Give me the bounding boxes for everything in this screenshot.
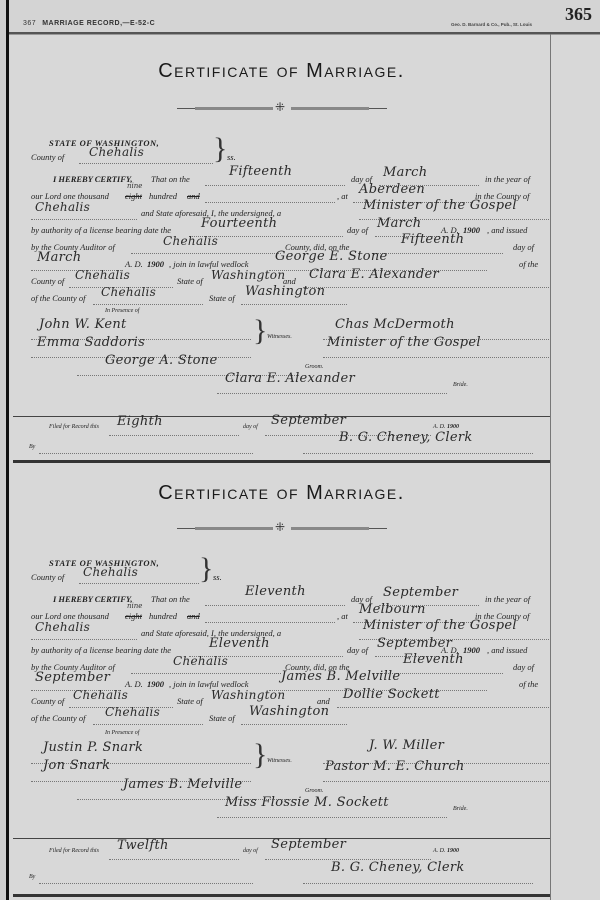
ornament-divider: ⁜ — [177, 524, 387, 534]
at-label: , at — [337, 611, 348, 621]
ornament-star-icon: ⁜ — [275, 100, 285, 115]
license-year-value: 1900 — [463, 645, 480, 655]
county-label: County of — [31, 572, 64, 582]
ornament-divider: ⁜ — [177, 104, 387, 114]
officiant-title-value: Minister of the Gospel — [363, 198, 517, 213]
issued-label: , and issued — [487, 225, 527, 235]
ss-label: ss. — [227, 152, 236, 162]
page-number: 365 — [565, 4, 592, 25]
bride-state-label: State of — [209, 293, 235, 303]
place-county-value: Chehalis — [35, 200, 90, 214]
groom-county-value: Chehalis — [73, 688, 128, 702]
brace: } — [213, 134, 227, 164]
and-struck: and — [187, 191, 200, 201]
wedding-month-value: September — [35, 670, 110, 685]
witness-2-value: Jon Snark — [43, 758, 110, 773]
filed-month-value: September — [271, 837, 346, 852]
certify-day-value: Eleventh — [245, 584, 306, 599]
bride-name-value: Clara E. Alexander — [309, 267, 439, 282]
folio-number: 367 — [23, 20, 36, 27]
witness-brace: } — [253, 316, 267, 346]
groom-name-value: James B. Melville — [281, 669, 400, 684]
day-of-label-2: day of — [347, 225, 368, 235]
license-month-value: March — [377, 216, 421, 231]
ss-label: ss. — [213, 572, 222, 582]
authority-label: by authority of a license bearing date t… — [31, 225, 171, 235]
groom-state-value: Washington — [211, 688, 285, 702]
day-of-label-3: day of — [513, 662, 534, 672]
in-presence-label: In Presence of — [105, 730, 139, 736]
witnesses-label: Witnesses. — [267, 334, 292, 340]
certify-day-value: Fifteenth — [229, 164, 292, 179]
filed-day-value: Twelfth — [117, 838, 169, 853]
eight-struck: eight — [125, 191, 142, 201]
bride-county-label: of the County of — [31, 713, 86, 723]
witness-2-value: Emma Saddoris — [37, 335, 145, 350]
bride-state-label: State of — [209, 713, 235, 723]
bride-county-value: Chehalis — [105, 705, 160, 719]
officiant-signature-value: J. W. Miller — [369, 738, 444, 753]
place-county-value: Chehalis — [35, 620, 90, 634]
groom-signature-value: George A. Stone — [105, 353, 217, 368]
century-correction: nine — [127, 182, 142, 190]
filed-ad-label: A. D. — [433, 848, 446, 854]
by-label: By — [29, 874, 35, 880]
groom-state-label: State of — [177, 276, 203, 286]
groom-county-value: Chehalis — [75, 268, 130, 282]
county-value: Chehalis — [83, 565, 138, 579]
that-on-label: That on the — [151, 174, 190, 184]
place-value: Aberdeen — [359, 182, 425, 197]
bride-label: Bride. — [453, 806, 468, 812]
license-day-value: Eleventh — [209, 636, 270, 651]
of-the-label: of the — [519, 679, 538, 689]
wedding-day-value: Fifteenth — [401, 232, 464, 247]
witness-1-value: John W. Kent — [39, 317, 127, 332]
that-on-label: That on the — [151, 594, 190, 604]
eight-struck: eight — [125, 611, 142, 621]
bride-county-label: of the County of — [31, 293, 86, 303]
year-field — [205, 189, 335, 203]
certificate-end-rule — [13, 460, 550, 463]
day-of-label-3: day of — [513, 242, 534, 252]
book-title-text: MARRIAGE RECORD,—E-52-C — [42, 20, 155, 27]
filed-day-value: Eighth — [117, 414, 163, 429]
groom-label: Groom. — [305, 364, 323, 370]
bride-county-value: Chehalis — [101, 285, 156, 299]
in-presence-label: In Presence of — [105, 308, 139, 314]
issued-label: , and issued — [487, 645, 527, 655]
filed-label: Filed for Record this — [49, 848, 99, 854]
auditor-county-value: Chehalis — [173, 654, 228, 668]
clerk-signature-value: B. G. Cheney, Clerk — [331, 860, 465, 875]
officiant-title-sig-value: Minister of the Gospel — [327, 335, 481, 350]
certificate-2: Certificate of Marriage. ⁜ STATE OF WASH… — [13, 464, 550, 900]
brace: } — [199, 554, 213, 584]
by-field — [39, 440, 253, 454]
certify-label: I HEREBY CERTIFY, — [53, 594, 132, 604]
hundred-label: hundred — [149, 191, 177, 201]
license-year-value: 1900 — [463, 225, 480, 235]
and-struck: and — [187, 611, 200, 621]
officiant-title-value: Minister of the Gospel — [363, 618, 517, 633]
license-day-value: Fourteenth — [201, 216, 277, 231]
margin-rule — [550, 34, 551, 900]
ornament-star-icon: ⁜ — [275, 520, 285, 535]
certificate-title: Certificate of Marriage. — [13, 482, 550, 505]
filed-day-of-label: day of — [243, 848, 258, 854]
authority-label: by authority of a license bearing date t… — [31, 645, 171, 655]
century-correction: nine — [127, 602, 142, 610]
wedding-day-value: Eleventh — [403, 652, 464, 667]
wedding-month-value: March — [37, 250, 81, 265]
by-field — [39, 870, 253, 884]
groom-label: Groom. — [305, 788, 323, 794]
page-header: 367MARRIAGE RECORD,—E-52-C Geo. D. Barna… — [9, 0, 600, 34]
officiant-signature-value: Chas McDermoth — [335, 317, 455, 332]
officiant-title-sig-value: Pastor M. E. Church — [325, 759, 465, 774]
bride-name-value: Dollie Sockett — [343, 687, 440, 702]
groom-name-value: George E. Stone — [275, 249, 388, 264]
year-field — [205, 609, 335, 623]
certificate-title: Certificate of Marriage. — [13, 60, 550, 83]
witness-1-value: Justin P. Snark — [43, 740, 143, 755]
clerk-signature-value: B. G. Cheney, Clerk — [339, 430, 473, 445]
ledger-page: 367MARRIAGE RECORD,—E-52-C Geo. D. Barna… — [6, 0, 600, 900]
auditor-county-value: Chehalis — [163, 234, 218, 248]
certify-month-value: March — [383, 165, 427, 180]
witnesses-label: Witnesses. — [267, 758, 292, 764]
day-of-label-2: day of — [347, 645, 368, 655]
bride-label: Bride. — [453, 382, 468, 388]
bride-state-value: Washington — [249, 704, 329, 719]
county-value: Chehalis — [89, 145, 144, 159]
groom-county-label: County of — [31, 696, 64, 706]
county-label: County of — [31, 152, 64, 162]
certify-month-value: September — [383, 585, 458, 600]
book-title: 367MARRIAGE RECORD,—E-52-C — [23, 20, 155, 27]
at-label: , at — [337, 191, 348, 201]
year-of-label: in the year of — [485, 174, 530, 184]
groom-county-label: County of — [31, 276, 64, 286]
filed-label: Filed for Record this — [49, 424, 99, 430]
certify-label: I HEREBY CERTIFY, — [53, 174, 132, 184]
witness-brace: } — [253, 740, 267, 770]
filed-day-of-label: day of — [243, 424, 258, 430]
place-value: Melbourn — [359, 602, 426, 617]
certificate-1: Certificate of Marriage. ⁜ STATE OF WASH… — [13, 34, 550, 464]
certificate-end-rule — [13, 894, 550, 897]
wedding-year-value: 1900 — [147, 679, 164, 689]
by-label: By — [29, 444, 35, 450]
bride-signature-value: Miss Flossie M. Sockett — [225, 795, 389, 810]
groom-signature-value: James B. Melville — [123, 777, 242, 792]
hundred-label: hundred — [149, 611, 177, 621]
filed-year-value: 1900 — [447, 848, 459, 854]
filed-month-value: September — [271, 413, 346, 428]
of-the-label: of the — [519, 259, 538, 269]
printer-imprint: Geo. D. Barnard & Co., Pub., St. Louis — [451, 22, 532, 27]
groom-state-label: State of — [177, 696, 203, 706]
groom-state-value: Washington — [211, 268, 285, 282]
wedding-year-value: 1900 — [147, 259, 164, 269]
bride-signature-value: Clara E. Alexander — [225, 371, 355, 386]
year-of-label: in the year of — [485, 594, 530, 604]
bride-state-value: Washington — [245, 284, 325, 299]
